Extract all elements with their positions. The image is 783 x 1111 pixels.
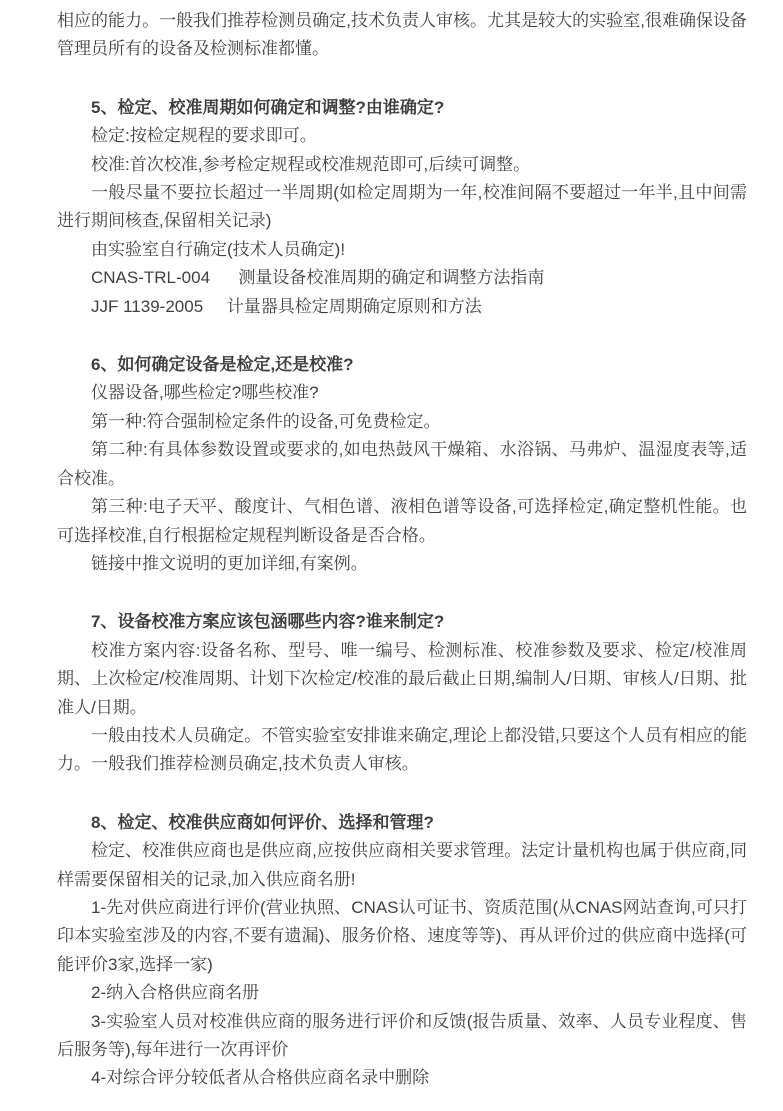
- paragraph-reference-jjf: JJF 1139-2005 计量器具检定周期确定原则和方法: [57, 293, 747, 321]
- section-8-heading: 8、检定、校准供应商如何评价、选择和管理?: [57, 809, 747, 837]
- paragraph: 检定、校准供应商也是供应商,应按供应商相关要求管理。法定计量机构也属于供应商,同…: [57, 837, 747, 894]
- paragraph: 一般尽量不要拉长超过一半周期(如检定周期为一年,校准间隔不要超过一年半,且中间需…: [57, 179, 747, 236]
- paragraph: 仪器设备,哪些检定?哪些校准?: [57, 379, 747, 407]
- paragraph: 由实验室自行确定(技术人员确定)!: [57, 236, 747, 264]
- paragraph-reference-cnas: CNAS-TRL-004 测量设备校准周期的确定和调整方法指南: [57, 264, 747, 292]
- paragraph: 链接中推文说明的更加详细,有案例。: [57, 550, 747, 578]
- paragraph: 相应的能力。一般我们推荐检测员确定,技术负责人审核。尤其是较大的实验室,很难确保…: [57, 7, 747, 64]
- paragraph-list-item-3: 3-实验室人员对校准供应商的服务进行评价和反馈(报告质量、效率、人员专业程度、售…: [57, 1008, 747, 1065]
- paragraph: 校准:首次校准,参考检定规程或校准规范即可,后续可调整。: [57, 151, 747, 179]
- section-5-heading: 5、检定、校准周期如何确定和调整?由谁确定?: [57, 94, 747, 122]
- paragraph: 第二种:有具体参数设置或要求的,如电热鼓风干燥箱、水浴锅、马弗炉、温湿度表等,适…: [57, 436, 747, 493]
- paragraph: 校准方案内容:设备名称、型号、唯一编号、检测标准、校准参数及要求、检定/校准周期…: [57, 637, 747, 722]
- paragraph: 检定:按检定规程的要求即可。: [57, 122, 747, 150]
- section-6-heading: 6、如何确定设备是检定,还是校准?: [57, 351, 747, 379]
- paragraph: 第三种:电子天平、酸度计、气相色谱、液相色谱等设备,可选择检定,确定整机性能。也…: [57, 493, 747, 550]
- paragraph: 第一种:符合强制检定条件的设备,可免费检定。: [57, 408, 747, 436]
- paragraph: 一般由技术人员确定。不管实验室安排谁来确定,理论上都没错,只要这个人员有相应的能…: [57, 722, 747, 779]
- section-7-heading: 7、设备校准方案应该包涵哪些内容?谁来制定?: [57, 608, 747, 636]
- paragraph-list-item-4: 4-对综合评分较低者从合格供应商名录中删除: [57, 1064, 747, 1092]
- paragraph-list-item-1: 1-先对供应商进行评价(营业执照、CNAS认可证书、资质范围(从CNAS网站查询…: [57, 894, 747, 979]
- paragraph-list-item-2: 2-纳入合格供应商名册: [57, 979, 747, 1007]
- document-page: 相应的能力。一般我们推荐检测员确定,技术负责人审核。尤其是较大的实验室,很难确保…: [0, 0, 783, 1111]
